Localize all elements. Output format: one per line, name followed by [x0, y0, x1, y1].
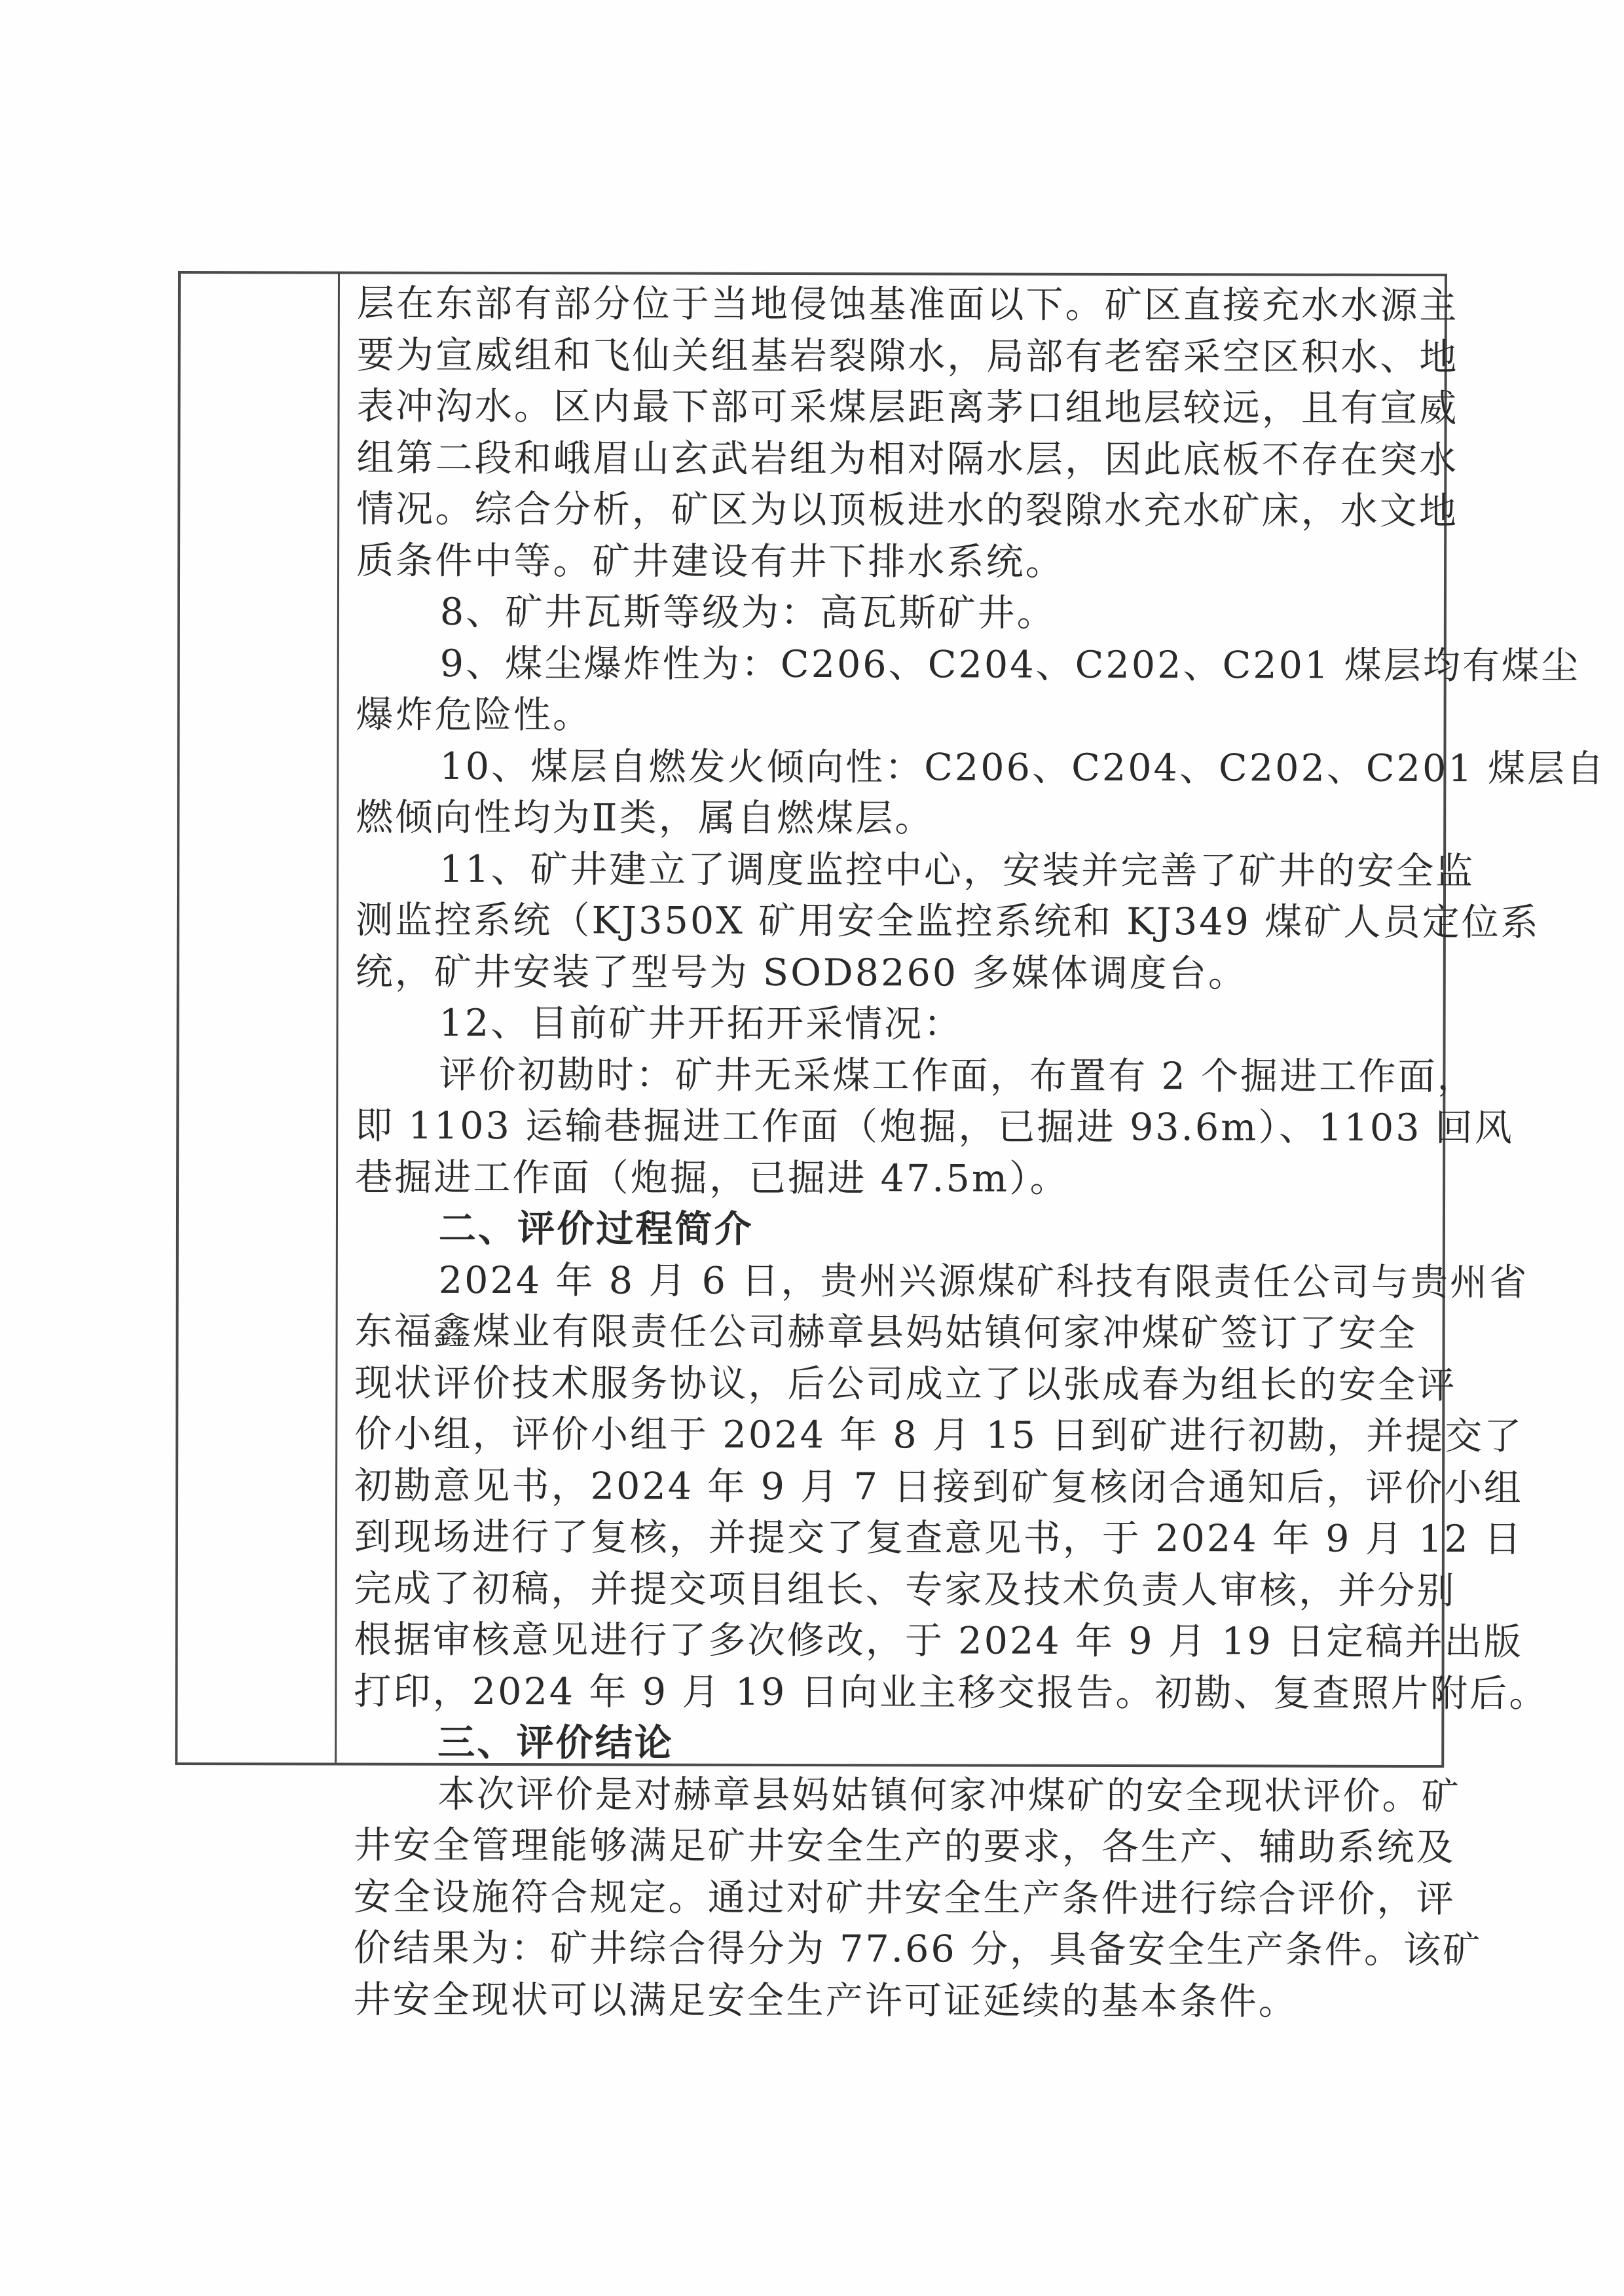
paragraph-line: 井安全管理能够满足矿井安全生产的要求，各生产、辅助系统及 [354, 1820, 1604, 1874]
paragraph-line: 测监控系统（KJ350X 矿用安全监控系统和 KJ349 煤矿人员定位系 [356, 895, 1606, 949]
paragraph-line: 8、矿井瓦斯等级为：高瓦斯矿井。 [356, 587, 1606, 640]
section-heading: 三、评价结论 [354, 1717, 1604, 1771]
paragraph-line: 11、矿井建立了调度监控中心，安装并完善了矿井的安全监 [356, 843, 1606, 897]
paragraph-line: 打印，2024 年 9 月 19 日向业主移交报告。初勘、复查照片附后。 [354, 1666, 1604, 1719]
paragraph-line: 评价初勘时：矿井无采煤工作面，布置有 2 个掘进工作面， [355, 1049, 1605, 1102]
paragraph-line: 到现场进行了复核，并提交了复查意见书，于 2024 年 9 月 12 日 [354, 1512, 1604, 1565]
paragraph-line: 统，矿井安装了型号为 SOD8260 多媒体调度台。 [356, 946, 1606, 1000]
section-heading: 二、评价过程简介 [355, 1203, 1605, 1257]
document-page: 层在东部有部分位于当地侵蚀基准面以下。矿区直接充水水源主要为宣威组和飞仙关组基岩… [0, 0, 1624, 2296]
paragraph-line: 井安全现状可以满足安全生产许可证延续的基本条件。 [353, 1974, 1603, 2028]
paragraph-line: 现状评价技术服务协议，后公司成立了以张成春为组长的安全评 [354, 1357, 1604, 1411]
paragraph-line: 即 1103 运输巷掘进工作面（炮掘，已掘进 93.6m）、1103 回风 [355, 1101, 1605, 1154]
paragraph-line: 安全设施符合规定。通过对矿井安全生产条件进行综合评价，评 [354, 1871, 1604, 1925]
paragraph-line: 本次评价是对赫章县妈姑镇何家冲煤矿的安全现状评价。矿 [354, 1768, 1604, 1822]
paragraph-line: 初勘意见书，2024 年 9 月 7 日接到矿复核闭合通知后，评价小组 [354, 1460, 1604, 1514]
table-label-cell [177, 274, 340, 1763]
paragraph-line: 价结果为：矿井综合得分为 77.66 分，具备安全生产条件。该矿 [354, 1923, 1604, 1977]
paragraph-line: 9、煤尘爆炸性为：C206、C204、C202、C201 煤层均有煤尘 [356, 638, 1606, 691]
paragraph-line: 10、煤层自燃发火倾向性：C206、C204、C202、C201 煤层自 [356, 740, 1606, 794]
table-content-cell: 层在东部有部分位于当地侵蚀基准面以下。矿区直接充水水源主要为宣威组和飞仙关组基岩… [337, 274, 1624, 1766]
paragraph-line: 东福鑫煤业有限责任公司赫章县妈姑镇何家冲煤矿签订了安全 [355, 1306, 1605, 1360]
report-table: 层在东部有部分位于当地侵蚀基准面以下。矿区直接充水水源主要为宣威组和飞仙关组基岩… [175, 271, 1447, 1768]
paragraph-line: 2024 年 8 月 6 日，贵州兴源煤矿科技有限责任公司与贵州省 [355, 1254, 1605, 1308]
paragraph-line: 价小组，评价小组于 2024 年 8 月 15 日到矿进行初勘，并提交了 [354, 1409, 1604, 1463]
paragraph-line: 要为宣威组和飞仙关组基岩裂隙水，局部有老窑采空区积水、地 [357, 329, 1607, 383]
paragraph-line: 12、目前矿井开拓开采情况： [356, 998, 1606, 1051]
paragraph-line: 爆炸危险性。 [356, 689, 1606, 743]
paragraph-line: 组第二段和峨眉山玄武岩组为相对隔水层，因此底板不存在突水 [356, 432, 1606, 486]
paragraph-line: 层在东部有部分位于当地侵蚀基准面以下。矿区直接充水水源主 [357, 278, 1607, 332]
paragraph-line: 巷掘进工作面（炮掘，已掘进 47.5m）。 [355, 1152, 1605, 1205]
paragraph-line: 根据审核意见进行了多次修改，于 2024 年 9 月 19 日定稿并出版 [354, 1614, 1604, 1668]
paragraph-line: 情况。综合分析，矿区为以顶板进水的裂隙水充水矿床，水文地 [356, 484, 1606, 538]
paragraph-line: 表冲沟水。区内最下部可采煤层距离茅口组地层较远，且有宣威 [356, 381, 1606, 435]
paragraph-line: 完成了初稿，并提交项目组长、专家及技术负责人审核，并分别 [354, 1563, 1604, 1616]
paragraph-line: 质条件中等。矿井建设有井下排水系统。 [356, 535, 1606, 589]
paragraph-line: 燃倾向性均为Ⅱ类，属自燃煤层。 [356, 792, 1606, 846]
